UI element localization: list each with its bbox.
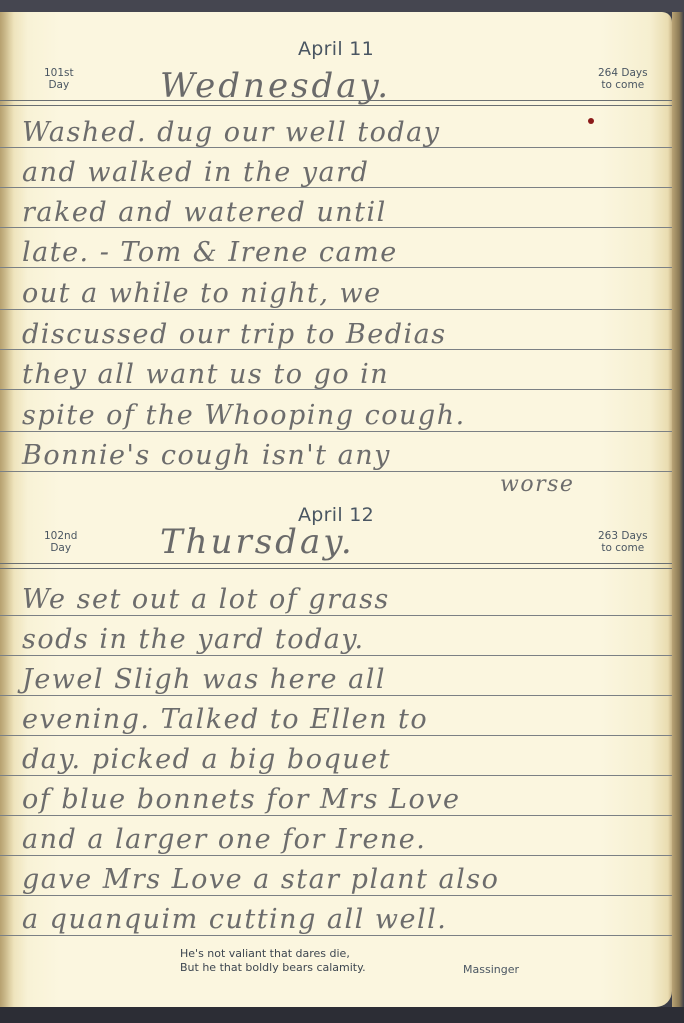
days-to-come-number: 263 Days <box>598 530 648 542</box>
ruled-line <box>0 615 672 616</box>
ruled-line <box>0 775 672 776</box>
handwritten-line: spite of the Whooping cough. <box>22 400 466 431</box>
days-to-come-number: 264 Days <box>598 67 648 79</box>
ruled-line <box>0 895 672 896</box>
handwritten-weekday: Thursday. <box>160 522 355 562</box>
footer-quote: He's not valiant that dares die, But he … <box>180 947 366 975</box>
handwritten-line: and walked in the yard <box>22 157 369 188</box>
days-to-come-label: to come <box>598 542 648 554</box>
diary-page: April 11 101st Day 264 Days to come Wedn… <box>0 12 672 1007</box>
header-rule <box>0 563 672 569</box>
ruled-line <box>0 655 672 656</box>
quote-line-2: But he that boldly bears calamity. <box>180 961 366 975</box>
ruled-line <box>0 309 672 310</box>
ruled-line <box>0 855 672 856</box>
handwritten-line: gave Mrs Love a star plant also <box>22 864 499 895</box>
handwritten-line: discussed our trip to Bedias <box>22 319 447 350</box>
day-of-year-number: 102nd <box>44 530 77 542</box>
day-of-year-label: Day <box>44 79 74 91</box>
entry-date: April 11 <box>0 38 672 60</box>
day-of-year-number: 101st <box>44 67 74 79</box>
ruled-line <box>0 431 672 432</box>
ruled-line <box>0 815 672 816</box>
page-edge <box>672 12 684 1007</box>
handwritten-line: worse <box>500 472 574 497</box>
scan-top-border <box>0 0 684 12</box>
handwritten-line: sods in the yard today. <box>22 624 365 655</box>
days-to-come: 264 Days to come <box>598 67 648 91</box>
quote-author: Massinger <box>463 963 519 976</box>
days-to-come: 263 Days to come <box>598 530 648 554</box>
ruled-line <box>0 735 672 736</box>
handwritten-line: day. picked a big boquet <box>22 744 391 775</box>
handwritten-line: out a while to night, we <box>22 278 382 309</box>
day-of-year: 101st Day <box>44 67 74 91</box>
handwritten-line: late. - Tom & Irene came <box>22 237 398 268</box>
header-rule <box>0 100 672 106</box>
handwritten-line: raked and watered until <box>22 197 387 228</box>
days-to-come-label: to come <box>598 79 648 91</box>
handwritten-line: they all want us to go in <box>22 359 389 390</box>
handwritten-line: evening. Talked to Ellen to <box>22 704 428 735</box>
handwritten-line: of blue bonnets for Mrs Love <box>22 784 460 815</box>
day-of-year-label: Day <box>44 542 77 554</box>
handwritten-line: and a larger one for Irene. <box>22 824 426 855</box>
day-of-year: 102nd Day <box>44 530 77 554</box>
scan-bottom-border <box>0 1007 684 1023</box>
ruled-line <box>0 695 672 696</box>
handwritten-line: Jewel Sligh was here all <box>22 664 386 695</box>
handwritten-line: Washed. dug our well today <box>22 117 441 148</box>
ink-stain <box>588 118 594 124</box>
ruled-line <box>0 935 672 936</box>
handwritten-line: a quanquim cutting all well. <box>22 904 447 935</box>
handwritten-line: We set out a lot of grass <box>22 584 390 615</box>
handwritten-line: Bonnie's cough isn't any <box>22 440 391 471</box>
quote-line-1: He's not valiant that dares die, <box>180 947 366 961</box>
